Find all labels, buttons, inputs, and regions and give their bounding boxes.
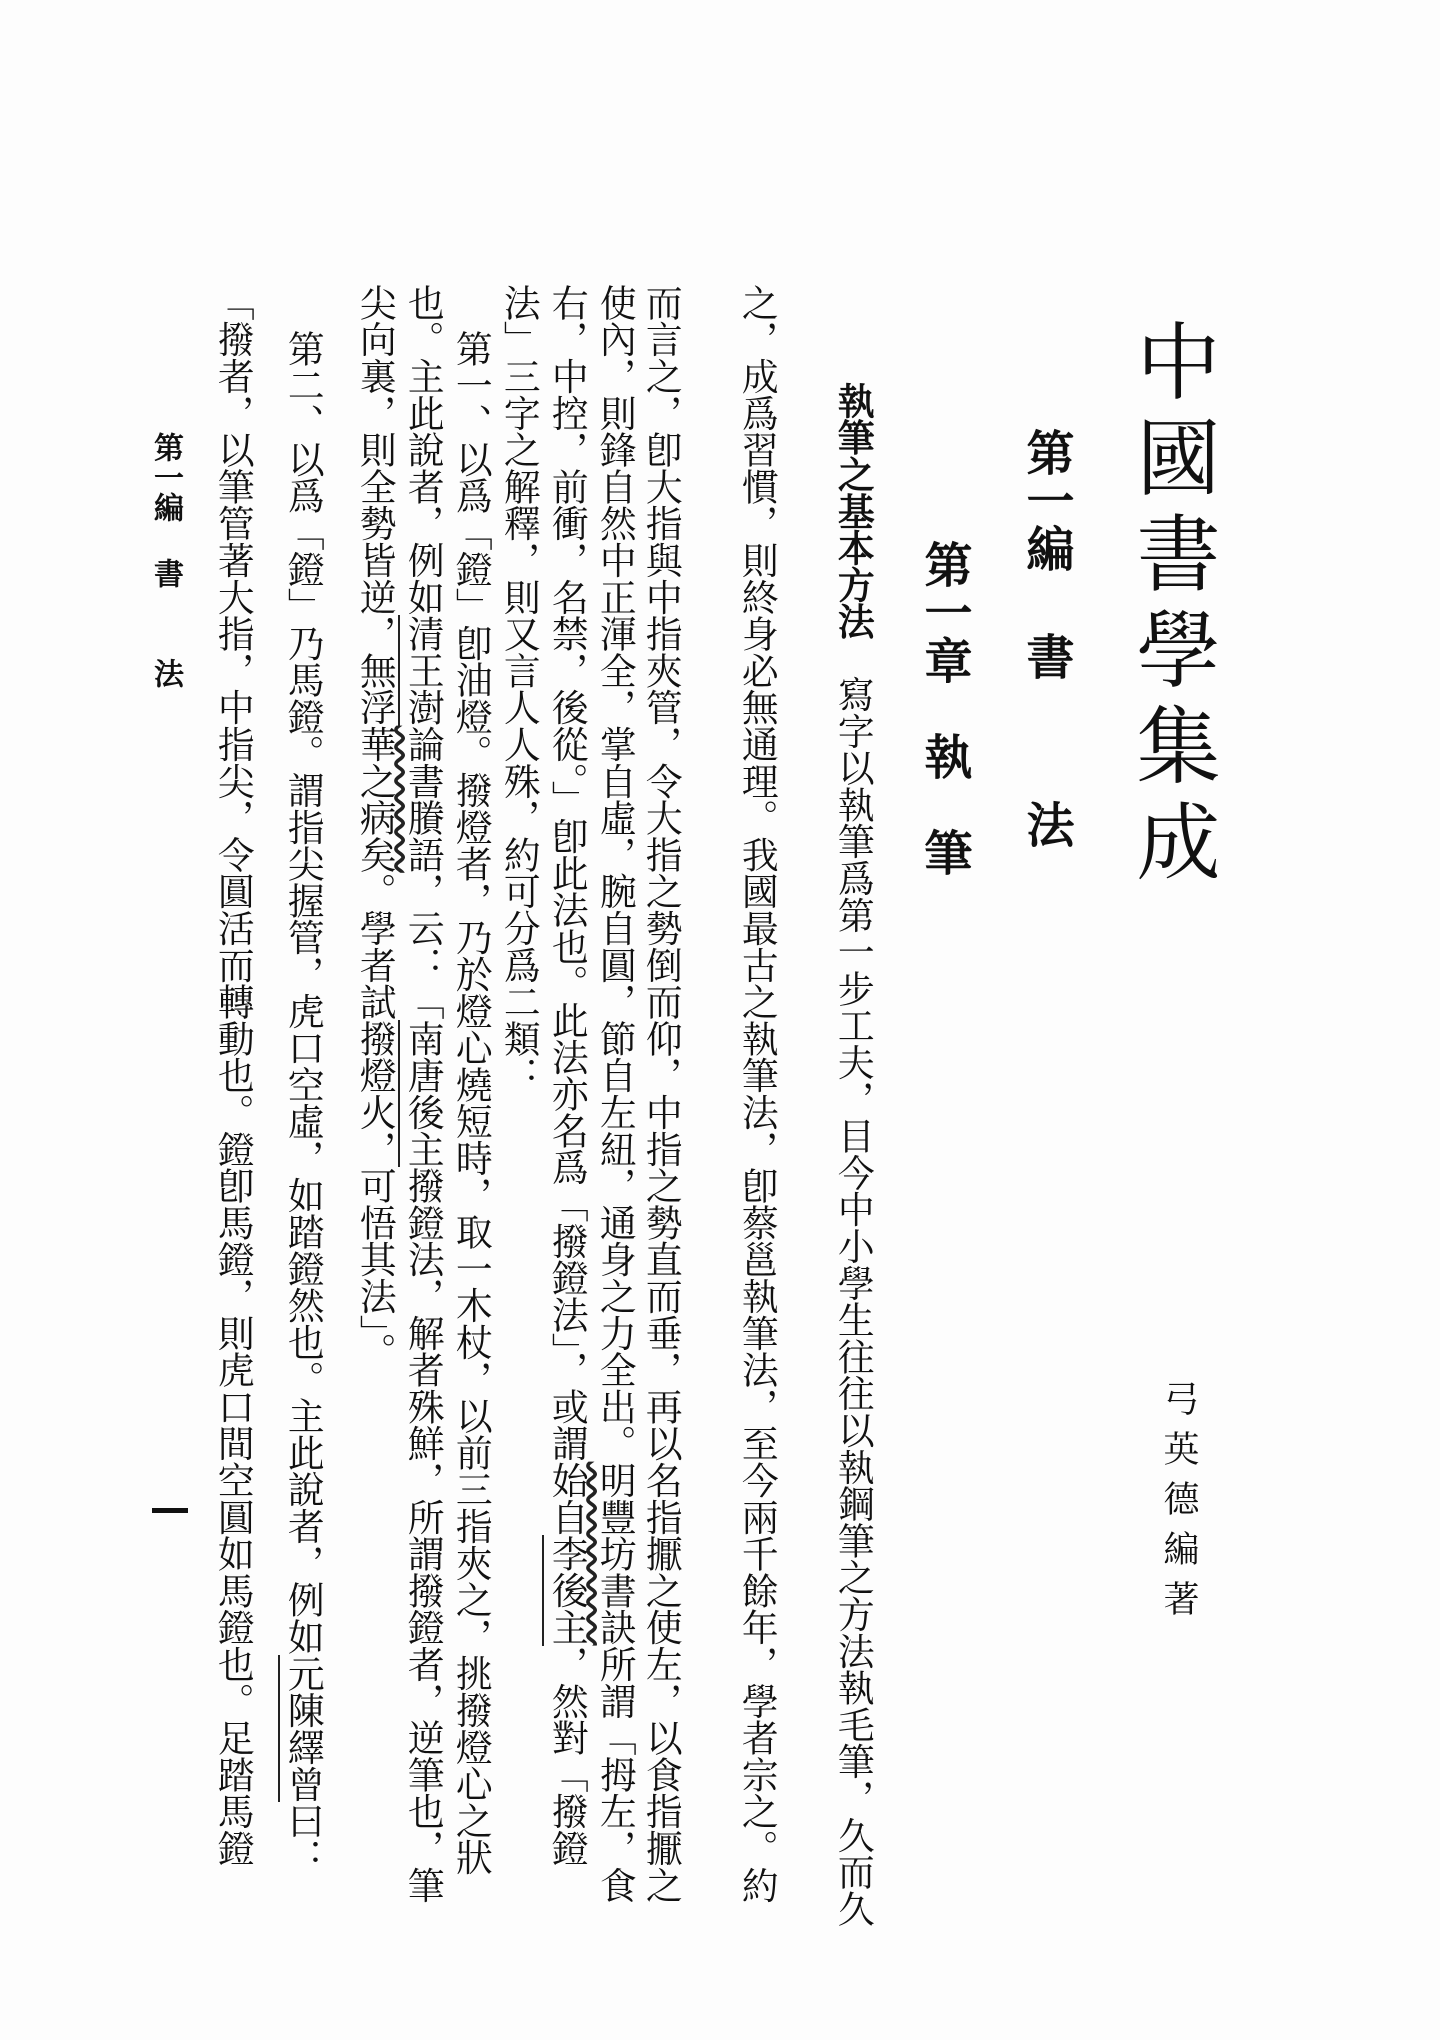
part-prefix: 第一編	[1018, 428, 1074, 572]
running-head-part: 第一編	[148, 432, 183, 522]
body-text: 所謂「拇左，食	[594, 1646, 637, 1904]
body-text: 右，中控，前衝，名禁，後從。」卽此法也。此法亦名爲「撥鐙法」，或謂始自	[546, 284, 589, 1535]
body-text: ，然對「撥鐙	[546, 1646, 589, 1867]
section-title: 執筆之基本方法	[832, 382, 875, 640]
body-column-11: 「撥者，以筆管著大指，中指尖，令圓活而轉動也。鐙卽馬鐙，則虎口間空圓如馬鐙也。足…	[214, 284, 251, 1866]
body-column-2: 之，成爲習慣，則終身必無通理。我國最古之執筆法，卽蔡邕執筆法，至今兩千餘年，學者…	[738, 284, 775, 1903]
book-title-mark: 論書賸語	[402, 726, 445, 873]
body-column-6: 法」三字之解釋，則又言人人殊，約可分爲二類：	[500, 284, 537, 1094]
proper-name-mark: 清王澍	[398, 615, 445, 725]
page-number	[152, 1508, 188, 1513]
chapter-heading: 第一章 執 筆	[920, 540, 968, 876]
book-title: 中國書學集成	[1130, 318, 1214, 894]
part-name-char1: 書	[1018, 632, 1074, 680]
author-credit: 弓英德編著	[1160, 1380, 1196, 1630]
body-text: 使內，則鋒自然中正渾全，掌自虛，腕自圓，節自左紐，通身之力全出。	[594, 284, 637, 1462]
body-column-9: 尖向裏，則全勢皆逆，無浮華之病矣。學者試撥燈火，可悟其法」。	[356, 284, 393, 1370]
body-column-4: 使內，則鋒自然中正渾全，掌自虛，腕自圓，節自左紐，通身之力全出。明豐坊書訣所謂「…	[596, 284, 633, 1903]
body-text: 寫字以執筆爲第一步工夫，目今中小學生往往以執鋼筆之方法執毛筆，久而久	[832, 676, 875, 1927]
proper-name-mark: 李後主	[542, 1535, 589, 1645]
book-title-mark: 明豐坊書訣	[594, 1462, 637, 1646]
running-head: 第一編書法	[150, 432, 180, 688]
body-column-7: 第一、以爲「鐙」卽油燈。撥燈者，乃於燈心燒短時，取一木杖，以前三指夾之，挑撥燈心…	[452, 330, 489, 1876]
body-column-1: 執筆之基本方法寫字以執筆爲第一步工夫，目今中小學生往往以執鋼筆之方法執毛筆，久而…	[834, 382, 871, 1927]
body-text: 也。主此說者，例如	[402, 284, 445, 615]
body-text: ，云：「	[402, 873, 445, 1020]
running-head-char2: 法	[148, 658, 183, 688]
body-text: 曰：	[282, 1802, 325, 1876]
body-column-10: 第二、以爲「鐙」乃馬鐙。謂指尖握管，虎口空虛，如踏鐙然也。主此說者，例如元陳繹曾…	[284, 330, 321, 1876]
body-text: 第二、以爲「鐙」乃馬鐙。謂指尖握管，虎口空虛，如踏鐙然也。主此說者，例如	[282, 330, 325, 1655]
body-column-8: 也。主此說者，例如清王澍論書賸語，云：「南唐後主撥鐙法，解者殊鮮，所謂撥鐙者，逆…	[404, 284, 441, 1903]
proper-name-mark: 南唐後主	[398, 1020, 445, 1167]
book-page: 中國書學集成 第一編書法 第一章 執 筆 弓英德編著 執筆之基本方法寫字以執筆爲…	[0, 0, 1440, 2040]
part-heading: 第一編書法	[1022, 428, 1070, 848]
body-column-3: 而言之，卽大指與中指夾管，令大指之勢倒而仰，中指之勢直而垂，再以名指擫之使左，以…	[642, 284, 679, 1903]
body-text: 撥鐙法，解者殊鮮，所謂撥鐙者，逆筆也，筆	[402, 1167, 445, 1903]
running-head-char1: 書	[148, 558, 183, 588]
body-column-5: 右，中控，前衝，名禁，後從。」卽此法也。此法亦名爲「撥鐙法」，或謂始自李後主，然…	[548, 284, 585, 1866]
proper-name-mark: 元陳繹曾	[278, 1655, 325, 1802]
part-name-char2: 法	[1018, 800, 1074, 848]
